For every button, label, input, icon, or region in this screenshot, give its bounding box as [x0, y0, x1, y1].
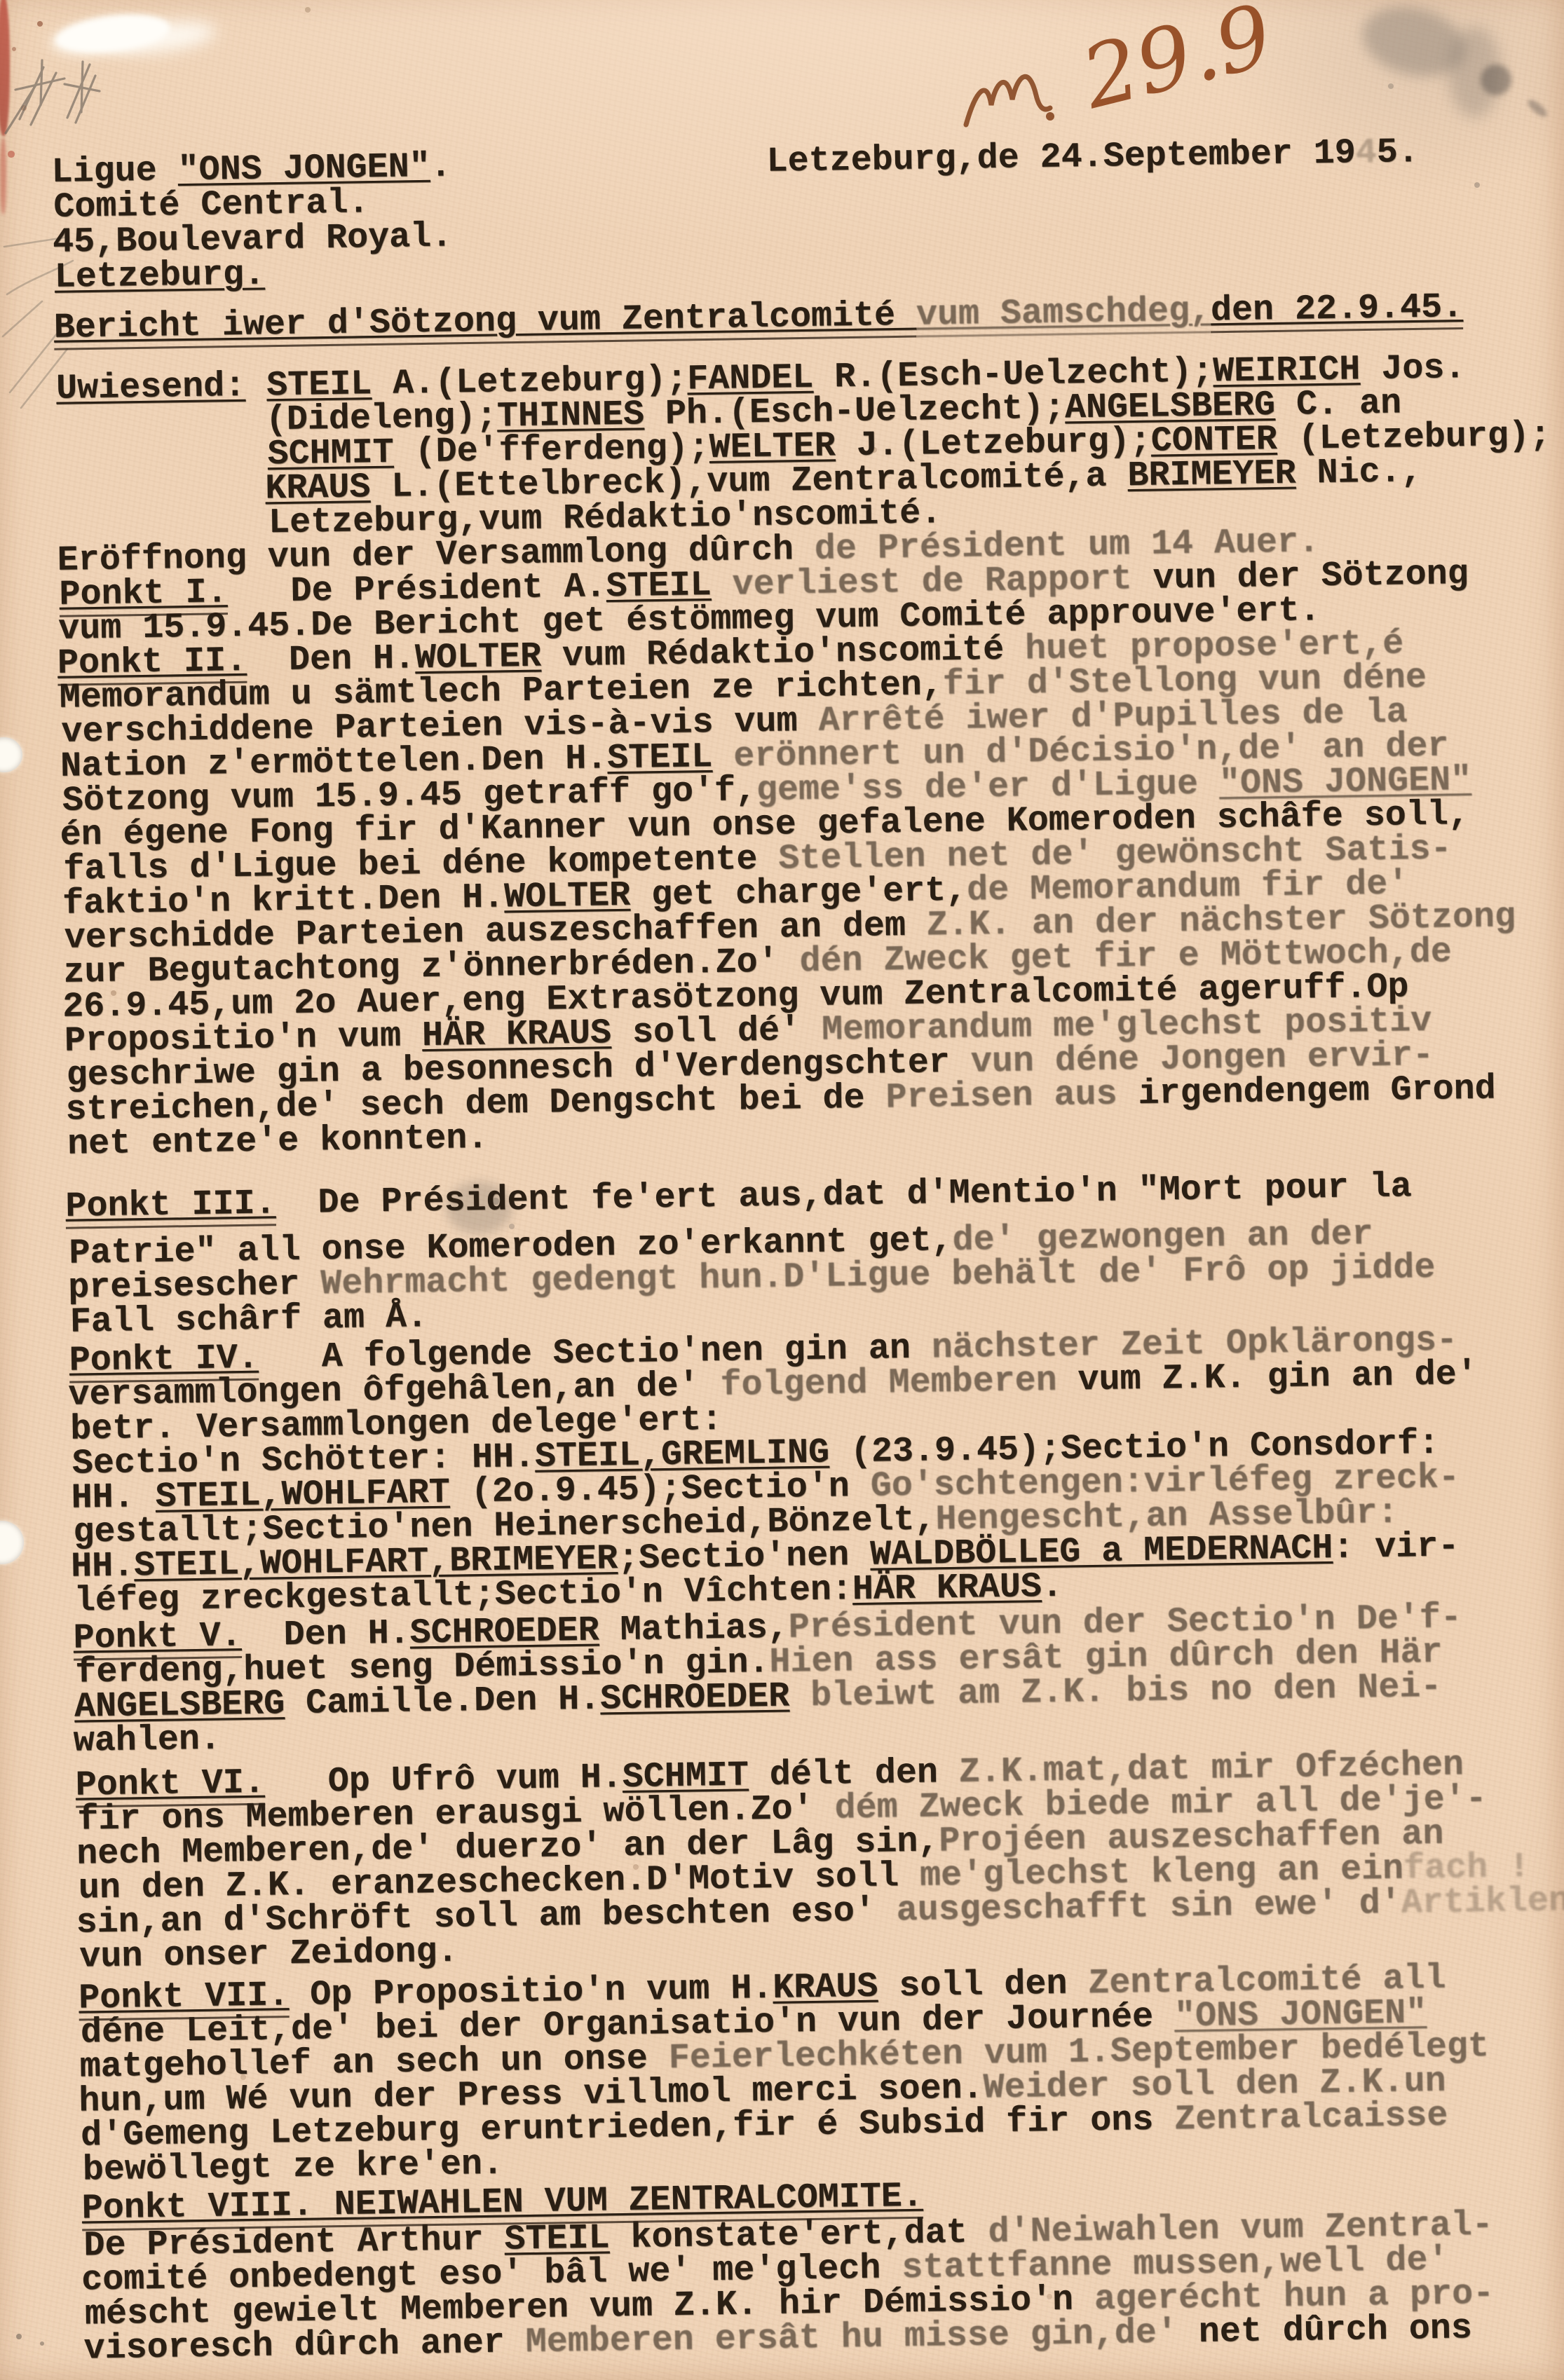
text-segment: 4 [1355, 133, 1377, 173]
gray-smudge-top-right-2 [1448, 27, 1501, 118]
text-segment: Ponkt I. [59, 573, 228, 617]
text-segment: folgend Memberen [720, 1361, 1057, 1406]
typed-content: Ligue "ONS JONGEN". Letzeburg,de 24.Sept… [0, 0, 1564, 1]
text-segment: 5. [1376, 132, 1419, 173]
text-segment: Preisen aus [885, 1074, 1117, 1118]
text-segment: WEIRICH [1213, 350, 1361, 392]
text-segment: Ponkt II. [57, 641, 247, 686]
text-segment: STEIL [266, 364, 372, 406]
text-segment: De Président fe'ert aus,dat d'Mentio'n "… [276, 1167, 1412, 1224]
dark-smudge-top-right [1481, 64, 1511, 95]
text-segment [245, 366, 267, 406]
text-segment: Sectio'n Schötter: HH. [72, 1437, 536, 1484]
text-segment: vun onser Zeidong. [79, 1932, 458, 1978]
text-segment: Bericht iwer d'Sötzong vum Zentralcomité [54, 296, 917, 350]
punch-hole-top [0, 737, 22, 772]
text-segment: Uwiesend: [56, 367, 246, 409]
text-segment: De Président A. [227, 567, 606, 613]
text-segment: vun der Sötzong [1131, 554, 1469, 599]
ink-scribble [966, 76, 1054, 125]
typed-line: Bericht iwer d'Sötzong vum Zentralcomité… [54, 289, 1548, 346]
document-page: 29.9 Ligue "ONS JONGEN". Letzeburg,de 24… [0, 0, 1564, 2380]
text-segment: STEIL,GREMLING [535, 1433, 830, 1477]
text-segment: Jos. [1360, 348, 1466, 390]
text-segment: Comité Central. [53, 183, 369, 228]
text-segment: . [430, 146, 451, 186]
gray-smudge-top-right [1355, 0, 1474, 87]
red-ink-streak-lower [0, 137, 6, 214]
text-segment: vum Z.K. gin an de' [1056, 1355, 1478, 1401]
text-segment: verliest de Rapport [732, 559, 1132, 605]
text-segment: FANDEL [687, 358, 814, 400]
dark-dash-top-right [1525, 97, 1549, 120]
text-segment: BRIMEYER [1127, 454, 1296, 497]
text-segment: bewöllegt ze kre'en. [83, 2145, 504, 2191]
text-segment: den 22.9.45. [1211, 287, 1464, 333]
text-segment: Letzeburg. [54, 254, 265, 297]
paper-damage-spot [53, 8, 172, 59]
handwritten-date: 29.9 [1072, 0, 1281, 128]
text-segment: STEIL [606, 566, 712, 607]
text-segment: Nic., [1296, 452, 1422, 494]
red-ink-streak [0, 0, 10, 136]
text-segment [711, 565, 733, 605]
text-segment: vum Samschdeg, [916, 291, 1211, 337]
text-segment: Den H. [247, 638, 416, 681]
text-segment: Artiklen [1401, 1881, 1564, 1924]
text-segment: R.(Esch-Uelzecht); [813, 352, 1213, 397]
ink-specks [0, 0, 3, 3]
pencil-scribble [6, 60, 100, 133]
text-segment [789, 1676, 811, 1716]
text-segment: Fall schârf am Å. [70, 1297, 428, 1343]
text-segment: : vir- [1333, 1526, 1460, 1568]
report-body: Bericht iwer d'Sötzong vum Zentralcomité… [54, 289, 1564, 2366]
letterhead: Ligue "ONS JONGEN". Letzeburg,de 24.Sept… [51, 135, 1420, 296]
text-segment: HÄR KRAUS [852, 1567, 1042, 1610]
text-segment: . [1042, 1567, 1063, 1607]
text-segment: A.(Letzeburg); [372, 360, 688, 404]
text-segment: net entze'e konnten. [67, 1119, 489, 1165]
text-segment: Ponkt III. [65, 1184, 276, 1229]
text-segment: wahlen. [73, 1719, 221, 1761]
text-segment: WOLTER [415, 637, 542, 679]
punch-hole-bottom [0, 1521, 24, 1564]
